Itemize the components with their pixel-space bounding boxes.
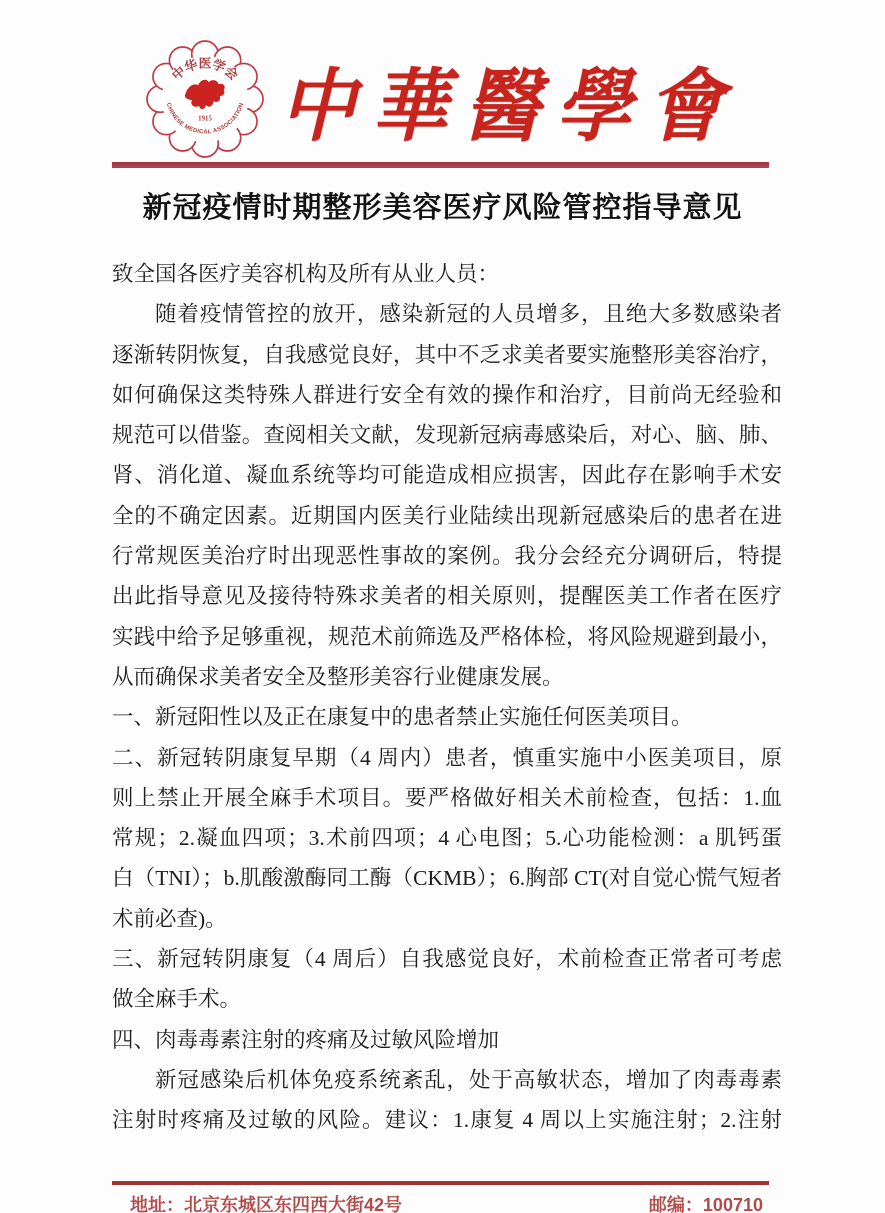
seal-year-text: 1915: [198, 116, 212, 123]
body-line: 做全麻手术。: [112, 979, 782, 1019]
body-line: 全的不确定因素。近期国内医美行业陆续出现新冠感染后的患者在进: [112, 496, 782, 536]
body-line: 注射时疼痛及过敏的风险。建议：1.康复 4 周以上实施注射；2.注射: [112, 1100, 782, 1140]
body-line: 三、新冠转阴康复（4 周后）自我感觉良好，术前检查正常者可考虑: [112, 939, 782, 979]
body-line: 从而确保求美者安全及整形美容行业健康发展。: [112, 657, 782, 697]
letterhead-header: 中华医学会 CHINESE MEDICAL ASSOCIATION 1915 中…: [0, 0, 885, 158]
body-line: 则上禁止开展全麻手术项目。要严格做好相关术前检查，包括：1.血: [112, 778, 782, 818]
letterhead-footer: 地址：北京东城区东四西大街42号 邮编：100710: [112, 1181, 769, 1213]
body-line: 如何确保这类特殊人群进行安全有效的操作和治疗，目前尚无经验和: [112, 375, 782, 415]
footer-postcode: 邮编：100710: [649, 1191, 763, 1213]
document-body: 致全国各医疗美容机构及所有从业人员：随着疫情管控的放开，感染新冠的人员增多，且绝…: [0, 254, 782, 1141]
cma-seal-icon: 中华医学会 CHINESE MEDICAL ASSOCIATION 1915: [146, 40, 264, 158]
body-line: 规范可以借鉴。查阅相关文献，发现新冠病毒感染后，对心、脑、肺、: [112, 415, 782, 455]
body-line: 常规；2.凝血四项；3.术前四项；4 心电图；5.心功能检测：a 肌钙蛋: [112, 818, 782, 858]
letterhead-page: 中华医学会 CHINESE MEDICAL ASSOCIATION 1915 中…: [0, 0, 885, 1213]
body-line: 二、新冠转阴康复早期（4 周内）患者，慎重实施中小医美项目，原: [112, 738, 782, 778]
header-divider-rule: [112, 162, 769, 168]
body-line: 新冠感染后机体免疫系统紊乱，处于高敏状态，增加了肉毒毒素: [112, 1060, 782, 1100]
body-line: 一、新冠阳性以及正在康复中的患者禁止实施任何医美项目。: [112, 697, 782, 737]
body-line: 致全国各医疗美容机构及所有从业人员：: [112, 254, 782, 294]
body-line: 行常规医美治疗时出现恶性事故的案例。我分会经充分调研后，特提: [112, 536, 782, 576]
body-line: 出此指导意见及接待特殊求美者的相关原则，提醒医美工作者在医疗: [112, 576, 782, 616]
body-line: 逐渐转阴恢复，自我感觉良好，其中不乏求美者要实施整形美容治疗，: [112, 335, 782, 375]
body-line: 白（TNI）；b.肌酸激酶同工酶（CKMB）；6.胸部 CT(对自觉心慌气短者: [112, 858, 782, 898]
body-line: 四、肉毒毒素注射的疼痛及过敏风险增加: [112, 1020, 782, 1060]
document-title: 新冠疫情时期整形美容医疗风险管控指导意见: [0, 188, 885, 228]
cma-calligraphy-title: 中華醫學會: [280, 42, 740, 155]
body-line: 随着疫情管控的放开，感染新冠的人员增多，且绝大多数感染者: [112, 294, 782, 334]
footer-address: 地址：北京东城区东四西大街42号: [130, 1191, 402, 1213]
body-line: 术前必查)。: [112, 899, 782, 939]
body-line: 肾、消化道、凝血系统等均可能造成相应损害，因此存在影响手术安: [112, 455, 782, 495]
body-line: 实践中给予足够重视，规范术前筛选及严格体检，将风险规避到最小，: [112, 617, 782, 657]
